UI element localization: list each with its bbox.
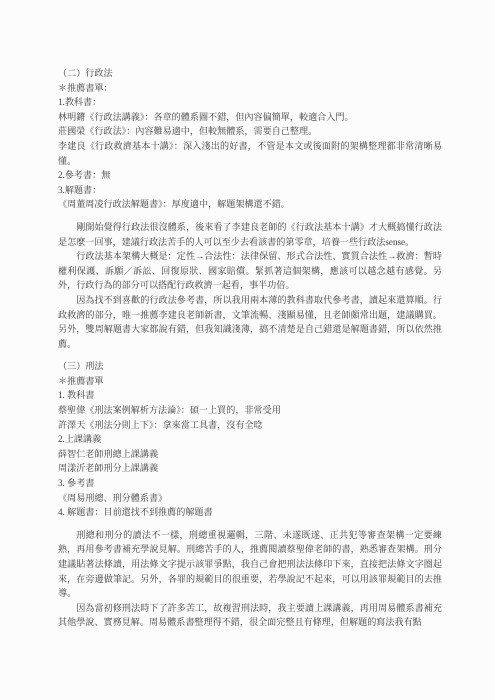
category-textbook-label: 1. 教科書 <box>58 388 442 403</box>
book-entry: 林明鏘《行政法講義》：各章的體系圖不錯，但內容偏簡單，較適合入門。 <box>58 110 442 125</box>
book-entry: 許澤天《刑法分則上下》：拿來當工具書，沒有全唸 <box>58 418 442 433</box>
section-criminal-law: （三）刑法 ＊推薦書單 1. 教科書 蔡聖偉《刑法案例解析方法論》：碩一上買的，… <box>58 359 442 630</box>
recommended-booklist-label: ＊推薦書單： <box>58 81 442 96</box>
recommended-booklist-label: ＊推薦書單 <box>58 374 442 389</box>
commentary-paragraph: 刑總和刑分的讀法不一樣，刑總重視邏輯，三階、未遂既遂、正共犯等審查架構一定要練熟… <box>58 528 442 601</box>
book-entry: 《周易刑總、刑分體系書》 <box>58 491 442 506</box>
section-heading-administrative-law: （二）行政法 <box>58 66 442 81</box>
document-page: （二）行政法 ＊推薦書單： 1.教科書： 林明鏘《行政法講義》：各章的體系圖不錯… <box>0 0 495 700</box>
lecture-notes-entry: 周漾沂老師刑分上課講義 <box>58 461 442 476</box>
section-heading-criminal-law: （三）刑法 <box>58 359 442 374</box>
commentary-paragraph: 剛開始覺得行政法很沒體系，後來看了李建良老師的《行政法基本十講》才大概搞懂行政法… <box>58 220 442 249</box>
blank-line <box>58 212 442 220</box>
section-administrative-law: （二）行政法 ＊推薦書單： 1.教科書： 林明鏘《行政法講義》：各章的體系圖不錯… <box>58 66 442 351</box>
commentary-paragraph: 因為當初修刑法時下了許多苦工，故複習刑法時，我主要讀上課講義，再用周易體系書補充… <box>58 601 442 630</box>
category-textbook-label: 1.教科書： <box>58 95 442 110</box>
blank-line <box>58 520 442 528</box>
commentary-paragraph: 因為找不到喜歡的行政法參考書，所以我用兩本薄的教科書取代參考書，讀起來還算順。行… <box>58 293 442 351</box>
category-solutions-label: 3.解題書： <box>58 183 442 198</box>
lecture-notes-entry: 薛智仁老師刑總上課講義 <box>58 447 442 462</box>
category-reference-label: 3. 參考書 <box>58 476 442 491</box>
category-reference-label: 2.參考書：無 <box>58 168 442 183</box>
commentary-paragraph: 行政法基本架構大概是：定性→合法性：法律保留、形式合法性、實質合法性→救濟：暫時… <box>58 249 442 293</box>
book-entry: 《周董周凌行政法解題書》：厚度適中，解題架構還不錯。 <box>58 197 442 212</box>
category-lecture-notes-label: 2.上課講義 <box>58 432 442 447</box>
book-entry: 莊國榮《行政法》：內容難易適中，但較無體系，需要自己整理。 <box>58 124 442 139</box>
blank-line <box>58 351 442 359</box>
category-solutions-label: 4. 解題書：目前還找不到推薦的解題書 <box>58 505 442 520</box>
book-entry: 蔡聖偉《刑法案例解析方法論》：碩一上買的，非常受用 <box>58 403 442 418</box>
book-entry: 李建良《行政救濟基本十講》：深入淺出的好書，不管是本文或後面附的架構整理都非常清… <box>58 139 442 168</box>
